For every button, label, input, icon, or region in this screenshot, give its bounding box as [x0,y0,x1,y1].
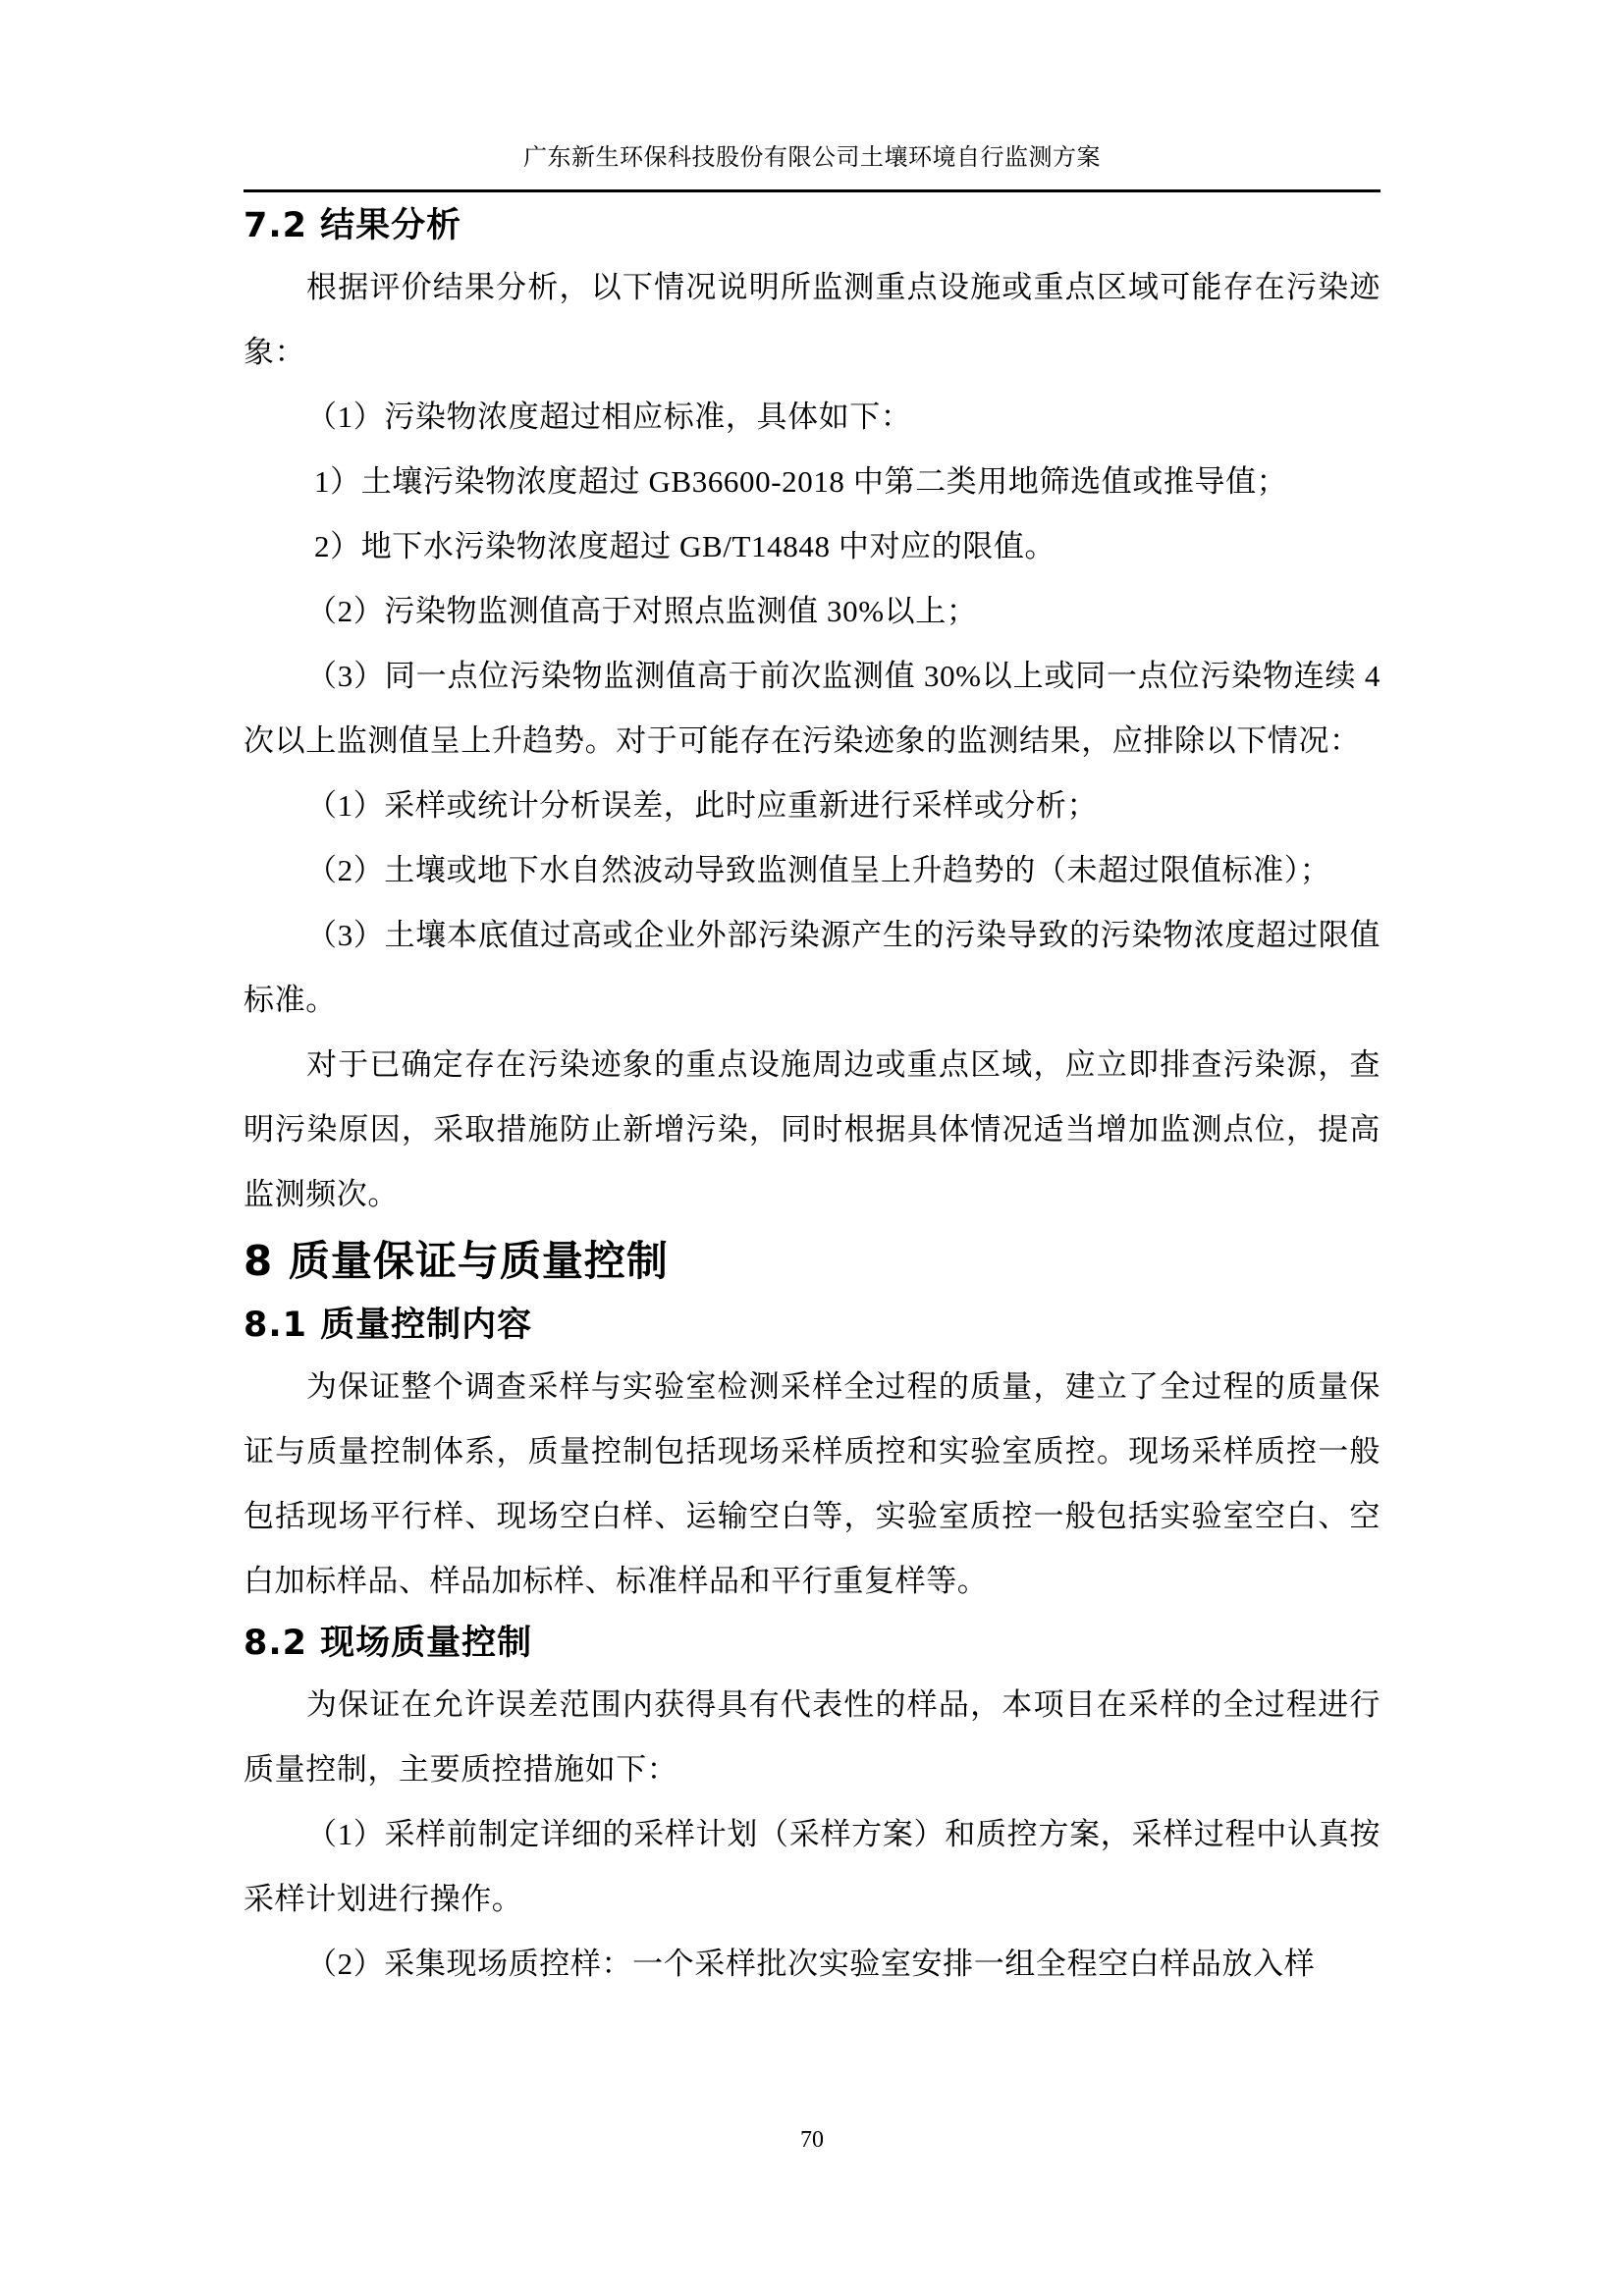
section-8-heading: 8 质量保证与质量控制 [244,1227,1380,1296]
field-qc-item-2: （2）采集现场质控样：一个采样批次实验室安排一组全程空白样品放入样 [244,1932,1380,1997]
header-rule [244,189,1380,192]
section-8-1-heading: 8.1 质量控制内容 [244,1296,1380,1355]
criterion-1-sub-2: 2）地下水污染物浓度超过 GB/T14848 中对应的限值。 [244,514,1380,579]
section-7-2-heading: 7.2 结果分析 [244,196,1380,255]
exclusion-1: （1）采样或统计分析误差，此时应重新进行采样或分析； [244,774,1380,838]
field-qc-item-1: （1）采样前制定详细的采样计划（采样方案）和质控方案，采样过程中认真按采样计划进… [244,1802,1380,1932]
page-content: 7.2 结果分析 根据评价结果分析，以下情况说明所监测重点设施或重点区域可能存在… [244,196,1380,1997]
exclusion-2: （2）土壤或地下水自然波动导致监测值呈上升趋势的（未超过限值标准）； [244,838,1380,903]
section-8-1-body: 为保证整个调查采样与实验室检测采样全过程的质量，建立了全过程的质量保证与质量控制… [244,1355,1380,1614]
page-number: 70 [244,2125,1380,2155]
criterion-2: （2）污染物监测值高于对照点监测值 30%以上； [244,579,1380,644]
section-7-2-conclusion: 对于已确定存在污染迹象的重点设施周边或重点区域，应立即排查污染源，查明污染原因，… [244,1033,1380,1227]
criterion-1-sub-1: 1）土壤污染物浓度超过 GB36600-2018 中第二类用地筛选值或推导值； [244,450,1380,514]
section-7-2-intro: 根据评价结果分析，以下情况说明所监测重点设施或重点区域可能存在污染迹象： [244,255,1380,385]
section-8-2-heading: 8.2 现场质量控制 [244,1614,1380,1673]
criterion-1: （1）污染物浓度超过相应标准，具体如下： [244,385,1380,450]
criterion-3: （3）同一点位污染物监测值高于前次监测值 30%以上或同一点位污染物连续 4 次… [244,644,1380,774]
section-8-2-intro: 为保证在允许误差范围内获得具有代表性的样品，本项目在采样的全过程进行质量控制，主… [244,1673,1380,1802]
running-header: 广东新生环保科技股份有限公司土壤环境自行监测方案 [244,143,1380,173]
exclusion-3: （3）土壤本底值过高或企业外部污染源产生的污染导致的污染物浓度超过限值标准。 [244,903,1380,1033]
